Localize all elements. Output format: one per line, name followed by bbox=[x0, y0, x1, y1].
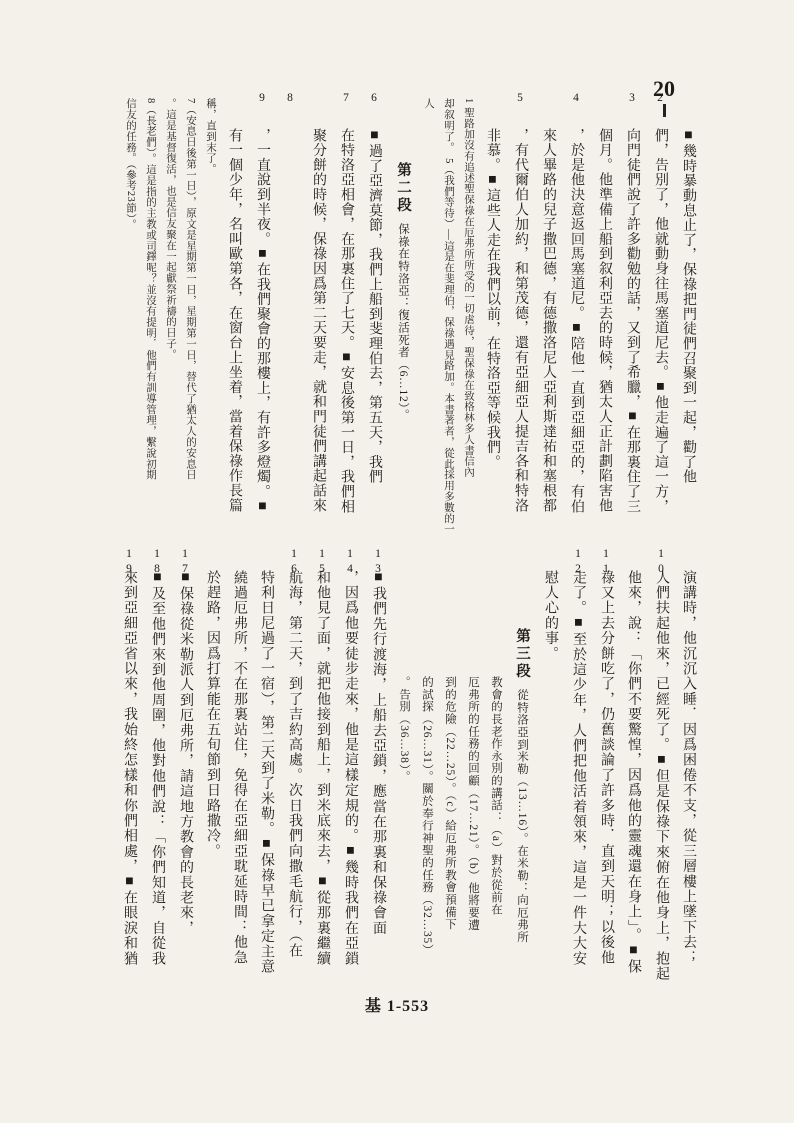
verse-number-label: 4 bbox=[562, 90, 590, 128]
verse-column: 5，有代爾伯人加約，和第茂德，還有亞細亞人提吉各和特洛 bbox=[506, 90, 534, 542]
verse-text: ，因爲他要徒步走來，他是這樣定規的。■幾時我們在亞鎖 bbox=[343, 570, 358, 966]
verse-column: 15和他見了面，就把他接到船上，到米底來去，■從那裏繼續 bbox=[308, 548, 336, 1000]
footnote-column: 8（長老們）。這是指的主教或司鐸呢？並沒有提明．他們有訓導管理，繫說初期 bbox=[140, 90, 160, 542]
verse-text: 演講時，他沉沉入睡．因爲困倦不支，從三層樓上墜下去； bbox=[681, 570, 696, 965]
verse-column: 2們，告別了，他就動身往馬塞道尼去。■他走遍了這一方， bbox=[646, 90, 674, 542]
verse-text: 向門徒們說了許多勸勉的話，又到了希臘，■在那裏住了三 bbox=[625, 128, 640, 514]
verse-text: ，有代爾伯人加約，和第茂德，還有亞細亞人提吉各和特洛 bbox=[513, 128, 528, 513]
verse-text: 非慕。■這些人走在我們以前，在特洛亞等候我們。 bbox=[485, 128, 500, 469]
verse-column: 非慕。■這些人走在我們以前，在特洛亞等候我們。 bbox=[478, 90, 506, 542]
verse-text: 於趕路，因爲打算能在五旬節到日路撒冷。 bbox=[205, 570, 220, 859]
verse-text: 有一個少年，名叫歐第各，在窗台上坐着，當着保祿作長篇 bbox=[227, 128, 242, 513]
verse-column: 有一個少年，名叫歐第各，在窗台上坐着，當着保祿作長篇 bbox=[220, 90, 248, 542]
verse-column: 6■過了亞濟莫節，我們上船到斐理伯去，第五天，我們 bbox=[360, 90, 388, 542]
verse-text: 們，告別了，他就動身往馬塞道尼去。■他走遍了這一方， bbox=[653, 128, 668, 514]
verse-number-label: 18 bbox=[143, 548, 170, 570]
verse-text: 個月。他準備上船到叙利亞去的時候，猶太人正計劃陷害他 bbox=[597, 128, 612, 513]
verse-column: 特利日尼過了一宿），第二天到了米勒。■保祿早已拿定主意 bbox=[253, 548, 280, 1000]
verse-text: 航海，第二天，到了吉約高處。次日我們向撒毛航行，（在 bbox=[287, 570, 302, 958]
verse-number-label: 6 bbox=[360, 90, 388, 128]
verse-column: 19來到亞細亞省以來，我始終怎樣和你們相處，■在眼淚和猶 bbox=[115, 548, 143, 1000]
verse-number-label: 5 bbox=[506, 90, 534, 128]
verse-column: 個月。他準備上船到叙利亞去的時候，猶太人正計劃陷害他 bbox=[590, 90, 618, 542]
verse-number-label: 11 bbox=[592, 548, 619, 570]
heading-title: 第三段 bbox=[514, 628, 530, 681]
section-subheading-column: 教會的長老作永別的講話：（a）對於從前在 bbox=[484, 548, 507, 1000]
verse-column: 聚分餅的時候，保祿因爲第二天要走，就和門徒們講起話來 bbox=[304, 90, 332, 542]
verse-number-label: 15 bbox=[308, 548, 335, 570]
footnote-column: 1 聖路加沒有追述聖保祿在厄弗所所受的一切虐待，聖保祿在致格林多人書信內 bbox=[458, 90, 478, 542]
verse-text: 特利日尼過了一宿），第二天到了米勒。■保祿早已拿定主意 bbox=[259, 570, 274, 974]
verse-number-label: 16 bbox=[280, 548, 307, 570]
section-subheading-column: 的試探（26…31）。關於奉行神聖的任務（32…35） bbox=[415, 548, 438, 1000]
footnote-column: 7（安息日後第一日），原文是星期第一日，星期第一日，替代了猶太人的安息日 bbox=[180, 90, 200, 542]
verse-column: 10人們扶起他來，已經死了。■但是保祿下來俯在他身上，抱起 bbox=[647, 548, 675, 1000]
footnote-column: 。這是基督復活，也是信友聚在一起獻祭祈禱的日子。 bbox=[160, 90, 180, 542]
verse-column: 11祿又上去分餅吃了，仍舊談論了許多時．直到天明；以後他 bbox=[592, 548, 620, 1000]
verse-number-label: 19 bbox=[115, 548, 142, 570]
subheading-text: 教會的長老作永別的講話：（a）對於從前在 bbox=[490, 676, 502, 916]
verse-column: 18■及至他們來到他周圍，他對他們說：「你們知道，自從我 bbox=[143, 548, 171, 1000]
verse-text: ■保祿從米勒派人到厄弗所，請這地方教會的長老來， bbox=[178, 570, 193, 936]
verse-number-label: 8 9 bbox=[248, 90, 304, 128]
subheading-text: 到的危險（22…25）。（c）給厄弗所教會預備下 bbox=[444, 676, 456, 930]
section-subheading-column: 厄弗所的任務的回顧（17…21）。（b）他將要遭 bbox=[461, 548, 484, 1000]
verse-text: 聚分餅的時候，保祿因爲第二天要走，就和門徒們講起話來 bbox=[311, 128, 326, 513]
verse-text: 慰人心的事。 bbox=[543, 570, 558, 661]
footnote-text: 信友的任務。（參考23節）。 bbox=[125, 98, 136, 230]
verse-column: 14，因爲他要徒步走來，他是這樣定規的。■幾時我們在亞鎖 bbox=[336, 548, 364, 1000]
subheading-text: 厄弗所的任務的回顧（17…21）。（b）他將要遭 bbox=[467, 676, 479, 931]
section-heading-column: 第三段從特洛亞到米勒（13…16）。在米勒：向厄弗所 bbox=[507, 548, 537, 1000]
footnote-text: 。這是基督復活，也是信友聚在一起獻祭祈禱的日子。 bbox=[165, 98, 176, 360]
verse-number-label: 10 bbox=[647, 548, 674, 570]
footnote-column: 稱，直到末了。 bbox=[200, 90, 220, 542]
verse-column: 繞過厄弗所，不在那裏站住，免得在亞細亞耽延時間：他急 bbox=[226, 548, 253, 1000]
verse-text: 人們扶起他來，已經死了。■但是保祿下來俯在他身上，抱起 bbox=[654, 570, 669, 981]
verse-column: 17■保祿從米勒派人到厄弗所，請這地方教會的長老來， bbox=[171, 548, 199, 1000]
page-number-footer: 基 1-553 bbox=[0, 993, 794, 1016]
verse-text: 繞過厄弗所，不在那裏站住，免得在亞細亞耽延時間：他急 bbox=[232, 570, 247, 965]
verse-column: 7在特洛亞相會，在那裏住了七天。■安息後第一日，我們相 bbox=[332, 90, 360, 542]
section-heading-column: 第二段保祿在特洛亞：復活死者（6…12）。 bbox=[388, 90, 418, 542]
verse-column: 他來，說：「你們不要驚惶，因爲他的靈魂還在身上」。■保 bbox=[620, 548, 647, 1000]
verse-text: 他來，說：「你們不要驚惶，因爲他的靈魂還在身上」。■保 bbox=[626, 570, 641, 974]
book-page: 20 ■幾時暴動息止了，保祿把門徒們召聚到一起，勸了他2們，告別了，他就動身往馬… bbox=[0, 0, 794, 1123]
verse-column: 來人畢路的兒子撒巴德，有德撒洛尼人亞利斯達祐和塞根都 bbox=[534, 90, 562, 542]
verse-column: 8 9，一直說到半夜。■在我們聚會的那樓上，有許多燈燭。■ bbox=[248, 90, 304, 542]
subheading-text: 。告別（36…38）。 bbox=[398, 676, 410, 783]
verse-number-label: 3 bbox=[618, 90, 646, 128]
verse-column: 13■我們先行渡海，上船去亞鎖，應當在那裏和保祿會面 bbox=[364, 548, 392, 1000]
subheading-text: 的試探（26…31）。關於奉行神聖的任務（32…35） bbox=[421, 676, 433, 956]
heading-subtitle: 從特洛亞到米勒（13…16）。在米勒：向厄弗所 bbox=[516, 689, 528, 943]
verse-text: ■及至他們來到他周圍，他對他們說：「你們知道，自從我 bbox=[150, 570, 165, 966]
heading-subtitle: 保祿在特洛亞：復活死者（6…12）。 bbox=[397, 223, 409, 421]
section-subheading-column: 到的危險（22…25）。（c）給厄弗所教會預備下 bbox=[438, 548, 461, 1000]
verse-number-label: 17 bbox=[171, 548, 198, 570]
verse-text: 在特洛亞相會，在那裏住了七天。■安息後第一日，我們相 bbox=[339, 128, 354, 514]
verse-text: ，於是他決意返回馬塞道尼。■陪他一直到亞細亞的，有伯 bbox=[569, 128, 584, 514]
scripture-bottom-block: 演講時，他沉沉入睡．因爲困倦不支，從三層樓上墜下去；10人們扶起他來，已經死了。… bbox=[115, 548, 702, 1000]
verse-column: 16航海，第二天，到了吉約高處。次日我們向撒毛航行，（在 bbox=[280, 548, 308, 1000]
verse-number-label: 2 bbox=[646, 90, 674, 128]
verse-column: 12走了。■至於這少年，人們把他活着領來，這是一件大大安 bbox=[564, 548, 592, 1000]
verse-number-label: 7 bbox=[332, 90, 360, 128]
footnote-text: 1 聖路加沒有追述聖保祿在厄弗所所受的一切虐待，聖保祿在致格林多人書信內 bbox=[463, 98, 474, 477]
verse-number-label: 13 bbox=[364, 548, 391, 570]
section-subheading-column: 。告別（36…38）。 bbox=[392, 548, 415, 1000]
verse-text: ■幾時暴動息止了，保祿把門徒們召聚到一起，勸了他 bbox=[681, 128, 696, 484]
footnote-column: 信友的任務。（參考23節）。 bbox=[120, 90, 140, 542]
verse-column: ■幾時暴動息止了，保祿把門徒們召聚到一起，勸了他 bbox=[674, 90, 702, 542]
verse-column: 於趕路，因爲打算能在五旬節到日路撒冷。 bbox=[199, 548, 226, 1000]
verse-text: 和他見了面，就把他接到船上，到米底來去，■從那裏繼續 bbox=[315, 570, 330, 966]
heading-title: 第二段 bbox=[395, 162, 411, 215]
verse-number-label: 12 bbox=[564, 548, 591, 570]
footnote-text: 稱，直到末了。 bbox=[205, 98, 216, 174]
verse-column: 演講時，他沉沉入睡．因爲困倦不支，從三層樓上墜下去； bbox=[675, 548, 702, 1000]
scripture-top-block: ■幾時暴動息止了，保祿把門徒們召聚到一起，勸了他2們，告別了，他就動身往馬塞道尼… bbox=[120, 90, 702, 542]
footnote-text: 却叙明了。 5（我們等待）—這是在斐理伯，保祿遇見路加。本書著者，從此採用多數的… bbox=[423, 98, 454, 534]
verse-text: 走了。■至於這少年，人們把他活着領來，這是一件大大安 bbox=[571, 570, 586, 966]
verse-text: ■過了亞濟莫節，我們上船到斐理伯去，第五天，我們 bbox=[367, 128, 382, 484]
verse-text: ，一直說到半夜。■在我們聚會的那樓上，有許多燈燭。■ bbox=[255, 128, 270, 515]
verse-text: 來到亞細亞省以來，我始終怎樣和你們相處，■在眼淚和猶 bbox=[122, 570, 137, 966]
footnote-text: 8（長老們）。這是指的主教或司鐸呢？並沒有提明．他們有訓導管理，繫說初期 bbox=[145, 98, 156, 480]
verse-text: 祿又上去分餅吃了，仍舊談論了許多時．直到天明；以後他 bbox=[599, 570, 614, 965]
verse-column: 4，於是他決意返回馬塞道尼。■陪他一直到亞細亞的，有伯 bbox=[562, 90, 590, 542]
verse-column: 慰人心的事。 bbox=[537, 548, 564, 1000]
verse-number-label: 14 bbox=[336, 548, 363, 570]
verse-text: ■我們先行渡海，上船去亞鎖，應當在那裏和保祿會面 bbox=[371, 570, 386, 936]
footnote-text: 7（安息日後第一日），原文是星期第一日，星期第一日，替代了猶太人的安息日 bbox=[185, 98, 196, 480]
footnote-column: 却叙明了。 5（我們等待）—這是在斐理伯，保祿遇見路加。本書著者，從此採用多數的… bbox=[418, 90, 458, 542]
verse-column: 3向門徒們說了許多勸勉的話，又到了希臘，■在那裏住了三 bbox=[618, 90, 646, 542]
verse-text: 來人畢路的兒子撒巴德，有德撒洛尼人亞利斯達祐和塞根都 bbox=[541, 128, 556, 513]
